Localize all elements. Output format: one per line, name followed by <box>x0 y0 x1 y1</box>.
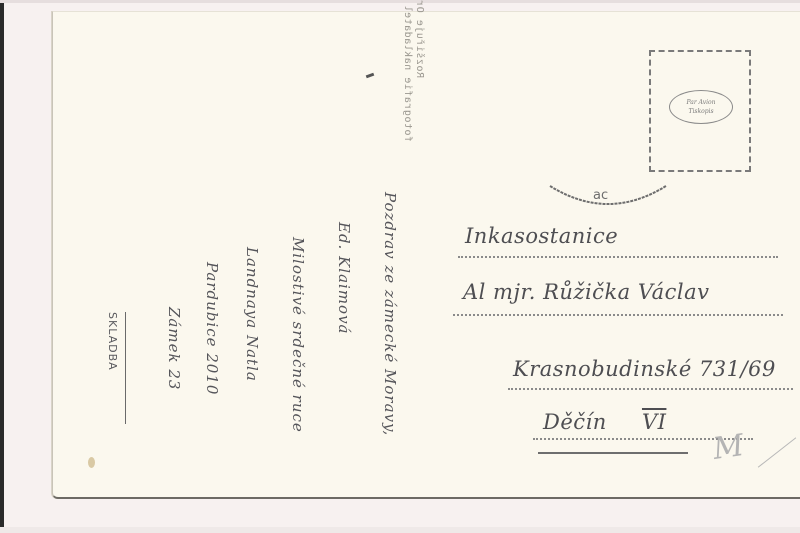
printed-publisher-line-1: Rozšiřuje Orbis, Praha <box>414 0 425 78</box>
cachet-line-2: Tiskopis <box>670 107 732 116</box>
message-line-5: Pardubice 2010 <box>203 262 221 395</box>
cachet-line-1: Par Avion <box>670 98 732 107</box>
message-side-note: SKLADBA <box>106 312 119 371</box>
cachet-oval: Par Avion Tiskopis <box>669 90 733 124</box>
message-line-3: Milostivé srdečné ruce <box>289 237 307 433</box>
scan-edge-top <box>0 0 800 3</box>
ink-mark <box>366 73 375 79</box>
stamp-box: Par Avion Tiskopis <box>649 50 751 172</box>
message-rule <box>125 312 126 424</box>
address-underline <box>538 452 688 454</box>
address-district: VI <box>642 410 666 434</box>
printed-publisher-line-2: fotografie nakladatel <box>402 5 413 142</box>
address-rule-1 <box>458 256 778 258</box>
address-line-2: Al mjr. Růžička Václav <box>463 280 709 304</box>
address-rule-2 <box>453 314 783 316</box>
initials-stroke <box>758 437 796 467</box>
scan-edge-bottom <box>0 527 800 533</box>
message-line-2: Ed. Klaimová <box>335 222 353 335</box>
message-line-4: Landnaya Natla <box>243 247 261 382</box>
address-line-3: Krasnobudinské 731/69 <box>513 357 776 381</box>
address-rule-3 <box>508 388 793 390</box>
address-line-1: Inkasostanice <box>465 224 618 248</box>
paper-stain <box>88 457 95 468</box>
postmark-code: ac <box>593 188 608 203</box>
handwritten-initials: M <box>711 428 746 467</box>
scanned-image: Rozšiřuje Orbis, Praha fotografie naklad… <box>0 0 800 533</box>
address-city: Děčín <box>543 410 607 434</box>
postcard: Rozšiřuje Orbis, Praha fotografie naklad… <box>52 11 800 499</box>
message-line-6: Zámek 23 <box>165 307 183 390</box>
scan-edge-left <box>0 0 4 533</box>
address-line-4: Děčín VI <box>543 410 666 434</box>
message-line-1: Pozdrav ze zámecké Moravy, <box>381 192 399 436</box>
